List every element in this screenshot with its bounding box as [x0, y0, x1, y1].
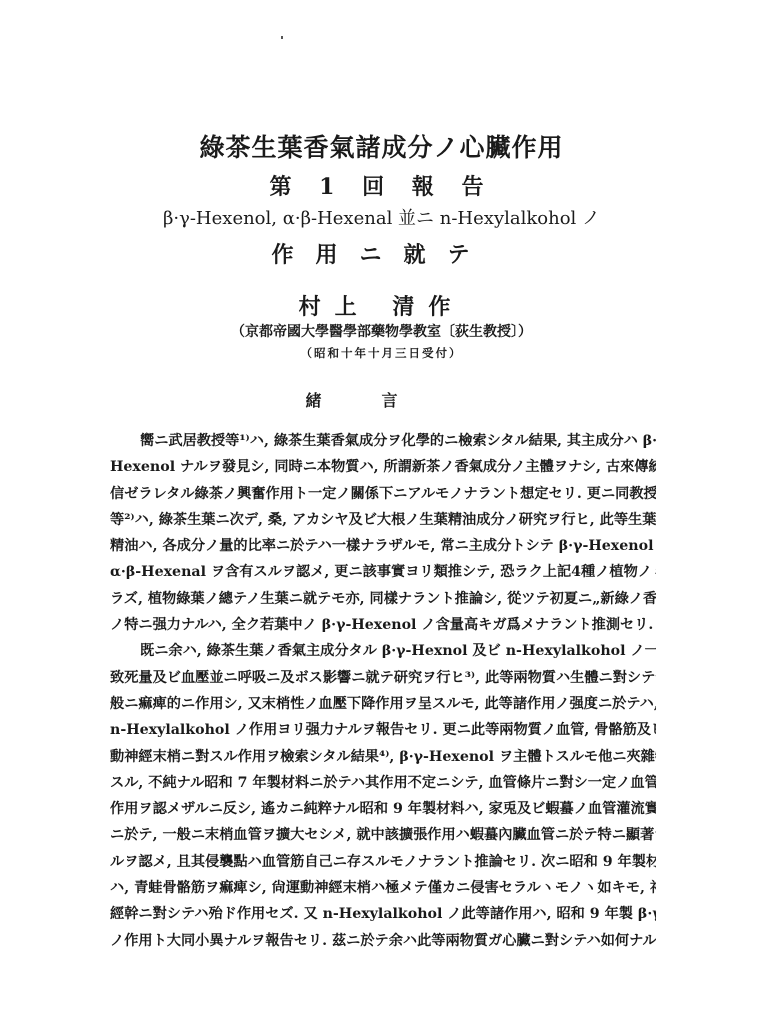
- body-text: 嚮ニ武居教授等¹⁾ハ, 綠茶生葉香氣成分ヲ化學的ニ檢索シタル結果, 其主成分ハ …: [110, 428, 656, 954]
- subtitle-compounds: β·γ-Hexenol, α·β-Hexenal 並ニ n-Hexylalkoh…: [0, 204, 763, 230]
- paragraph-2: 既ニ余ハ, 綠茶生葉ノ香氣主成分タル β·γ-Hexnol 及ビ n-Hexyl…: [110, 638, 656, 954]
- document-page: 綠茶生葉香氣諸成分ノ心臟作用 第 1 回 報 告 β·γ-Hexenol, α·…: [0, 0, 763, 1013]
- paragraph-1: 嚮ニ武居教授等¹⁾ハ, 綠茶生葉香氣成分ヲ化學的ニ檢索シタル結果, 其主成分ハ …: [110, 428, 656, 638]
- scan-speck: [281, 36, 283, 39]
- text-line: ニ於テ, 一般ニ末梢血管ヲ擴大セシメ, 就中該擴張作用ハ蝦蟇內臟血管ニ於テ特ニ顯…: [110, 822, 656, 848]
- text-line: 般ニ痲痺的ニ作用シ, 又末梢性ノ血壓下降作用ヲ呈スルモ, 此等諸作用ノ强度ニ於テ…: [110, 691, 656, 717]
- text-line: スル, 不純ナル昭和 7 年製材料ニ於テハ其作用不定ニシテ, 血管條片ニ對シ一定…: [110, 770, 656, 796]
- text-line: α·β-Hexenal ヲ含有スルヲ認メ, 更ニ該事實ヨリ類推シテ, 恐ラク上記…: [110, 559, 656, 585]
- text-line: ノ特ニ强力ナルハ, 全ク若葉中ノ β·γ-Hexenol ノ含量高キガ爲メナラン…: [110, 612, 656, 638]
- text-line: 既ニ余ハ, 綠茶生葉ノ香氣主成分タル β·γ-Hexnol 及ビ n-Hexyl…: [110, 638, 656, 664]
- text-line: 嚮ニ武居教授等¹⁾ハ, 綠茶生葉香氣成分ヲ化學的ニ檢索シタル結果, 其主成分ハ …: [110, 428, 656, 454]
- text-line: 作用ヲ認メザルニ反シ, 遙カニ純粹ナル昭和 9 年製材料ハ, 家兎及ビ蝦蟇ノ血管…: [110, 796, 656, 822]
- author-name: 村上 清作: [0, 290, 763, 321]
- text-line: 經幹ニ對シテハ殆ド作用セズ. 又 n-Hexylalkohol ノ此等諸作用ハ,…: [110, 901, 656, 927]
- text-line: ノ作用ト大同小異ナルヲ報告セリ. 茲ニ於テ余ハ此等兩物質ガ心臟ニ對シテハ如何ナル: [110, 928, 656, 954]
- affiliation: （京都帝國大學醫學部藥物學教室〔荻生教授〕）: [0, 321, 763, 341]
- text-line: 信ゼラレタル綠茶ノ興奮作用ト一定ノ關係下ニアルモノナラント想定セリ. 更ニ同教授: [110, 481, 656, 507]
- article-title: 綠茶生葉香氣諸成分ノ心臟作用: [0, 128, 763, 164]
- section-heading: 緒言: [0, 388, 763, 411]
- subtitle-action: 作用ニ就テ: [0, 238, 763, 269]
- text-line: ルヲ認メ, 且其侵襲點ハ血管筋自己ニ存スルモノナラント推論セリ. 次ニ昭和 9 …: [110, 849, 656, 875]
- received-date: （昭和十年十月三日受付）: [0, 345, 763, 361]
- text-line: ハ, 青蛙骨骼筋ヲ痲痺シ, 尙運動神經末梢ハ極メテ僅カニ侵害セラルヽモノヽ如キモ…: [110, 875, 656, 901]
- text-line: 致死量及ビ血壓並ニ呼吸ニ及ボス影響ニ就テ研究ヲ行ヒ³⁾, 此等兩物質ハ生體ニ對シ…: [110, 665, 656, 691]
- text-line: 動神經末梢ニ對スル作用ヲ檢索シタル結果⁴⁾, β·γ-Hexenol ヲ主體トス…: [110, 744, 656, 770]
- report-number: 第 1 回 報 告: [0, 170, 763, 201]
- text-line: 等²⁾ハ, 綠茶生葉ニ次デ, 桑, アカシヤ及ビ大根ノ生葉精油成分ノ研究ヲ行ヒ,…: [110, 507, 656, 533]
- text-line: n-Hexylalkohol ノ作用ヨリ强力ナルヲ報告セリ. 更ニ此等兩物質ノ血…: [110, 717, 656, 743]
- text-line: 精油ハ, 各成分ノ量的比率ニ於テハ一樣ナラザルモ, 常ニ主成分トシテ β·γ-H…: [110, 533, 656, 559]
- text-line: ラズ, 植物綠葉ノ總テノ生葉ニ就テモ亦, 同樣ナラント推論シ, 從ツテ初夏ニ„新…: [110, 586, 656, 612]
- text-line: Hexenol ナルヲ發見シ, 同時ニ本物質ハ, 所謂新茶ノ香氣成分ノ主體ヲナシ…: [110, 454, 656, 480]
